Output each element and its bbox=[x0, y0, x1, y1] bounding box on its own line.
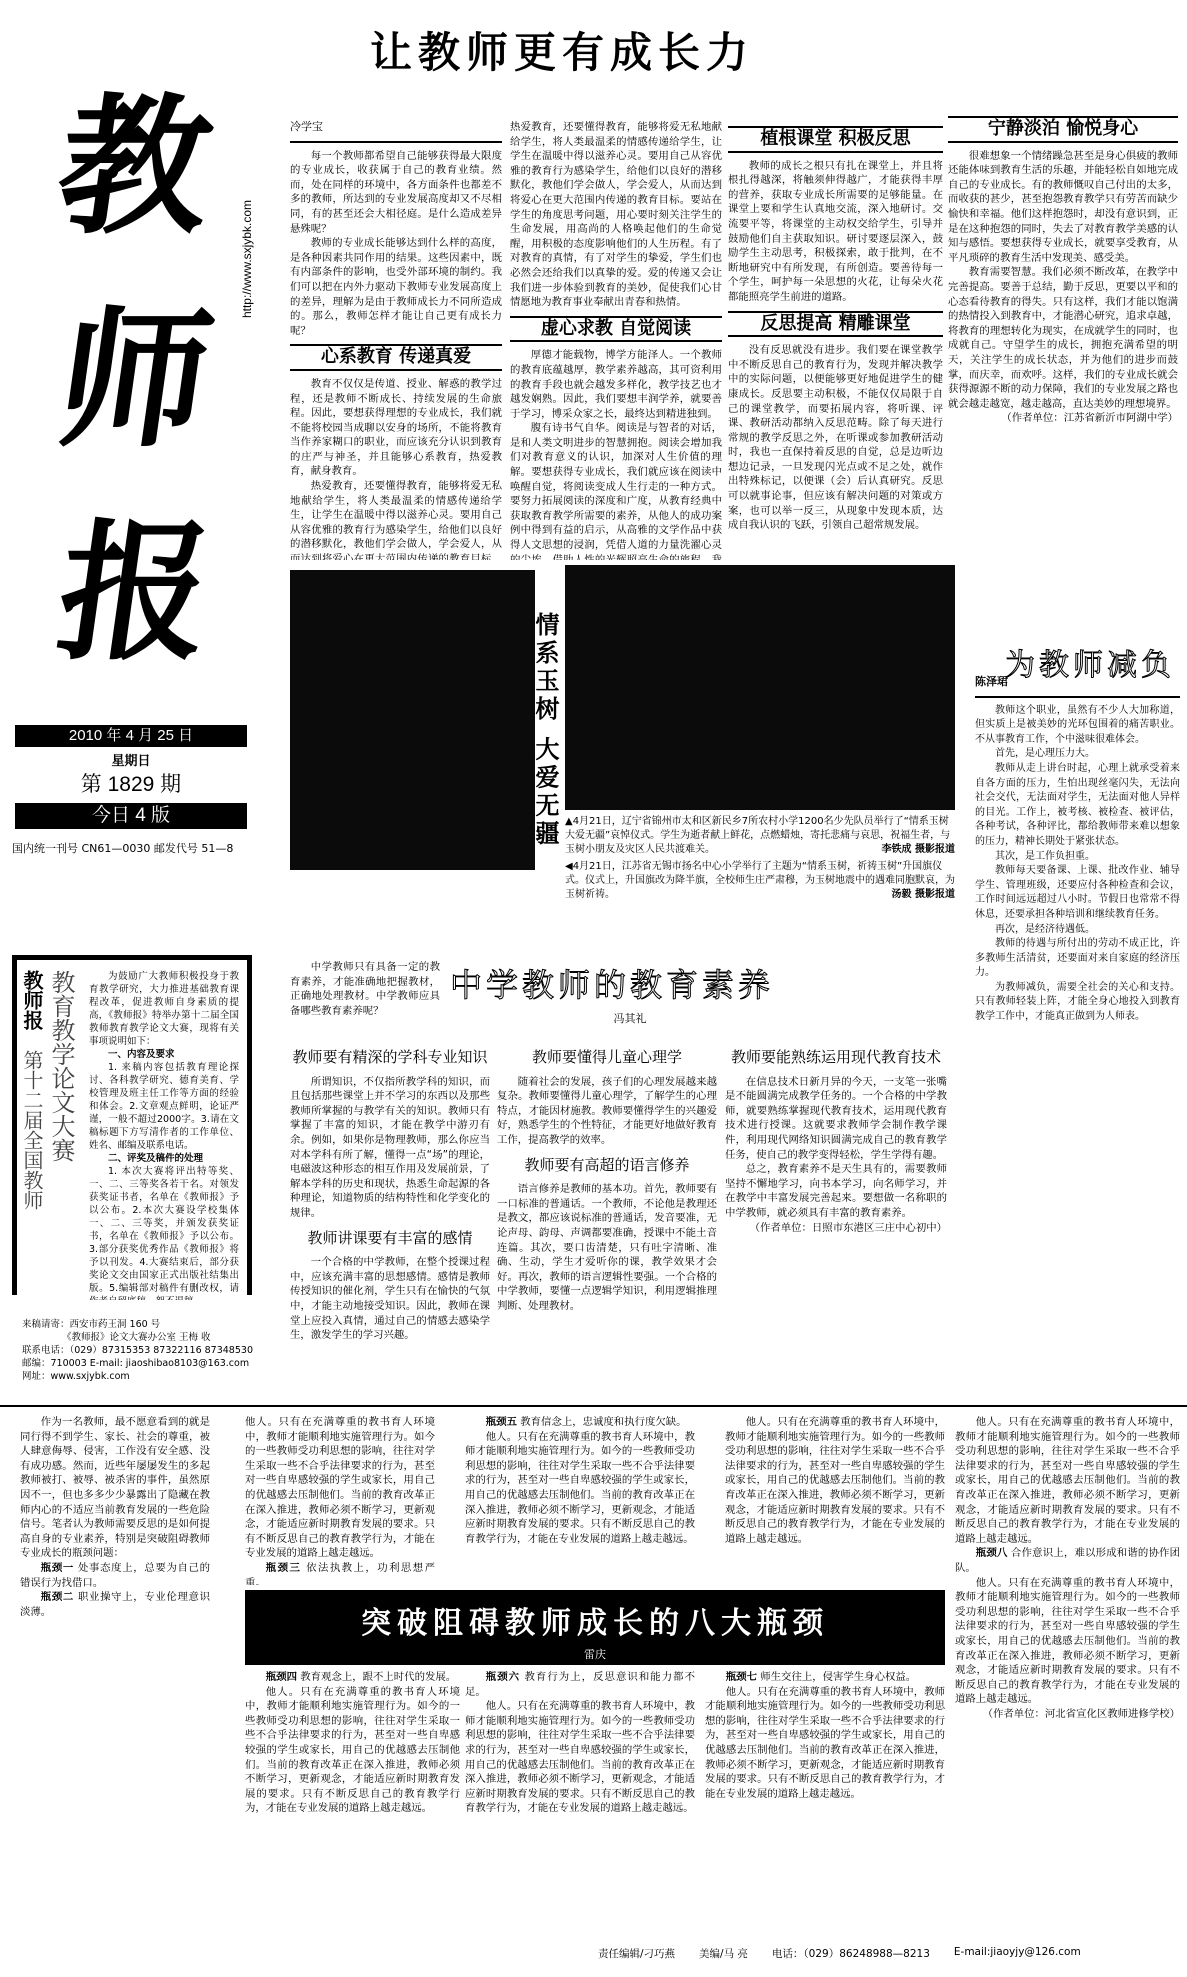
lead-headline: 让教师更有成长力 bbox=[370, 20, 890, 80]
middle-author: 冯其礼 bbox=[590, 1010, 670, 1026]
photo-1 bbox=[290, 570, 535, 870]
author-affiliation: （作者单位：日照市东港区三庄中心初中） bbox=[725, 1221, 947, 1236]
middle-column-2: 教师要懂得儿童心理学 随着社会的发展，孩子们的心理发展越来越复杂。教师要懂得儿童… bbox=[497, 1040, 717, 1400]
side-essay-author: 陈泽珺 bbox=[975, 675, 1180, 698]
contest-email[interactable]: 邮编：710003 E-mail: jiaoshibao8103@163.com bbox=[22, 1357, 262, 1370]
bottom-column-5: 瓶颈四 教育观念上，跟不上时代的发展。 他人。只有在充满尊重的教书育人环境中，教… bbox=[245, 1670, 460, 1930]
lead-column-3: 植根课堂 积极反思 教师的成长之根只有扎在课堂上，并且将根扎得越深，将触须伸得越… bbox=[728, 120, 943, 560]
registration-codes: 国内统一刊号 CN61—0030 邮发代号 51—8 bbox=[12, 840, 262, 856]
bottom-column-3: 瓶颈五 教育信念上，忠诚度和执行度欠缺。 他人。只有在充满尊重的教书育人环境中，… bbox=[465, 1415, 695, 1585]
section-heading: 教师要有精深的学科专业知识 bbox=[290, 1046, 490, 1069]
middle-intro: 中学教师只有具备一定的教育素养，才能准确地把握教材，正确地处理教材。中学教师应具… bbox=[290, 960, 440, 1040]
side-essay-body: 陈泽珺 教师这个职业，虽然有不少人大加称道，但实质上是被美妙的光环包围着的痛苦职… bbox=[975, 675, 1180, 1375]
contest-announcement-box: 教师报 第十二届全国教师 教育教学论文大赛 为鼓励广大教师积极投身于教育教学研究… bbox=[12, 955, 252, 1295]
section-heading: 教师要能熟练运用现代教育技术 bbox=[725, 1046, 947, 1069]
middle-column-1: 教师要有精深的学科专业知识 所谓知识，不仅指所教学科的知识，而且包括那些课堂上并… bbox=[290, 1040, 490, 1400]
contest-vertical-title: 教育教学论文大赛 bbox=[51, 970, 79, 1162]
masthead-char: 教 bbox=[49, 92, 220, 242]
section-heading: 教师讲课要有丰富的感情 bbox=[290, 1227, 490, 1250]
lead-column-2: 热爱教育，还要懂得教育，能够将爱无私地献给学生，将人类最温柔的情感传递给学生，让… bbox=[510, 120, 722, 560]
middle-column-3: 教师要能熟练运用现代教育技术 在信息技术日新月异的今天，一支笔一张嘴是不能圆满完… bbox=[725, 1040, 947, 1400]
masthead-char: 报 bbox=[49, 518, 220, 668]
page-count-badge: 今日 4 版 bbox=[15, 803, 247, 829]
masthead-url[interactable]: http://www.sxjybk.com bbox=[240, 200, 254, 318]
bottom-column-1: 作为一名教师，最不愿意看到的就是同行得不到学生、家长、社会的尊重，被人肆意侮辱、… bbox=[20, 1415, 210, 1925]
bottom-column-7: 瓶颈七 师生交往上，侵害学生身心权益。 他人。只有在充满尊重的教书育人环境中，教… bbox=[705, 1670, 945, 1930]
page-footer: 责任编辑/刁巧燕 美编/马 亮 电话：（029）86248988—8213 E-… bbox=[598, 1946, 1178, 1961]
photo-vertical-title: 情系玉树 大爱无疆 bbox=[535, 570, 563, 890]
issue-date: 2010 年 4 月 25 日 bbox=[15, 725, 247, 747]
lead-column-1: 冷学宝 每一个教师都希望自己能够获得最大限度的专业成长，收获属于自己的教育业绩。… bbox=[290, 120, 502, 560]
contest-website[interactable]: 网址：www.sxjybk.com bbox=[22, 1370, 262, 1383]
photo-caption-2: ◀4月21日，江苏省无锡市扬名中心小学举行了主题为“情系玉树，祈祷玉树”升国旗仪… bbox=[565, 860, 955, 902]
issue-number: 第 1829 期 bbox=[15, 768, 247, 798]
masthead-char: 师 bbox=[49, 305, 220, 455]
masthead-logo: 教 师 报 bbox=[10, 60, 260, 700]
footer-email[interactable]: E-mail:jiaoyjy@126.com bbox=[954, 1946, 1081, 1961]
footer-phone: 电话：（029）86248988—8213 bbox=[772, 1946, 930, 1961]
lead-column-4: 宁静淡泊 愉悦身心 很难想象一个情绪躁急甚至是身心俱疲的教师还能体味到教育生活的… bbox=[948, 110, 1178, 550]
bottom-column-4: 他人。只有在充满尊重的教书育人环境中，教师才能顺利地实施管理行为。如今的一些教师… bbox=[725, 1415, 945, 1585]
middle-headline: 中学教师的教育素养 bbox=[450, 960, 820, 1006]
section-heading: 虚心求教 自觉阅读 bbox=[510, 316, 722, 343]
section-divider bbox=[0, 1405, 1187, 1407]
photo-caption-1: ▲4月21日，辽宁省锦州市太和区新民乡7所农村小学1200名少先队员举行了“情系… bbox=[565, 815, 955, 857]
section-heading: 宁静淡泊 愉悦身心 bbox=[948, 116, 1178, 143]
bottom-author: 雷庆 bbox=[245, 1646, 945, 1662]
footer-designer: 美编/马 亮 bbox=[699, 1946, 748, 1961]
issue-weekday: 星期日 bbox=[15, 750, 247, 769]
author-affiliation: （作者单位：河北省宣化区教师进修学校） bbox=[955, 1707, 1180, 1722]
section-heading: 反思提高 精雕课堂 bbox=[728, 311, 943, 338]
bottom-column-6: 瓶颈六 教育行为上，反思意识和能力都不足。 他人。只有在充满尊重的教书育人环境中… bbox=[465, 1670, 695, 1930]
photo-2 bbox=[565, 565, 955, 810]
bottom-column-8: 他人。只有在充满尊重的教书育人环境中，教师才能顺利地实施管理行为。如今的一些教师… bbox=[955, 1415, 1180, 1935]
footer-editor: 责任编辑/刁巧燕 bbox=[598, 1946, 675, 1961]
section-heading: 植根课堂 积极反思 bbox=[728, 126, 943, 153]
bottom-headline-banner: 突破阻碍教师成长的八大瓶颈 雷庆 bbox=[245, 1590, 945, 1665]
section-heading: 教师要有高超的语言修养 bbox=[497, 1154, 717, 1177]
contest-body: 为鼓励广大教师积极投身于教育教学研究，大力推进基础教育课程改革，促进教师自身素质… bbox=[89, 970, 239, 1300]
section-heading: 教师要懂得儿童心理学 bbox=[497, 1046, 717, 1069]
contest-contact: 来稿请寄：西安市药王洞 160 号 《教师报》论文大赛办公室 王梅 收 联系电话… bbox=[22, 1318, 262, 1383]
author-affiliation: （作者单位：江苏省新沂市阿湖中学） bbox=[948, 411, 1178, 426]
bottom-column-2: 他人。只有在充满尊重的教书育人环境中，教师才能顺利地实施管理行为。如今的一些教师… bbox=[245, 1415, 435, 1585]
lead-author: 冷学宝 bbox=[290, 120, 502, 143]
bottom-headline: 突破阻碍教师成长的八大瓶颈 bbox=[245, 1598, 945, 1642]
section-heading: 心系教育 传递真爱 bbox=[290, 344, 502, 371]
